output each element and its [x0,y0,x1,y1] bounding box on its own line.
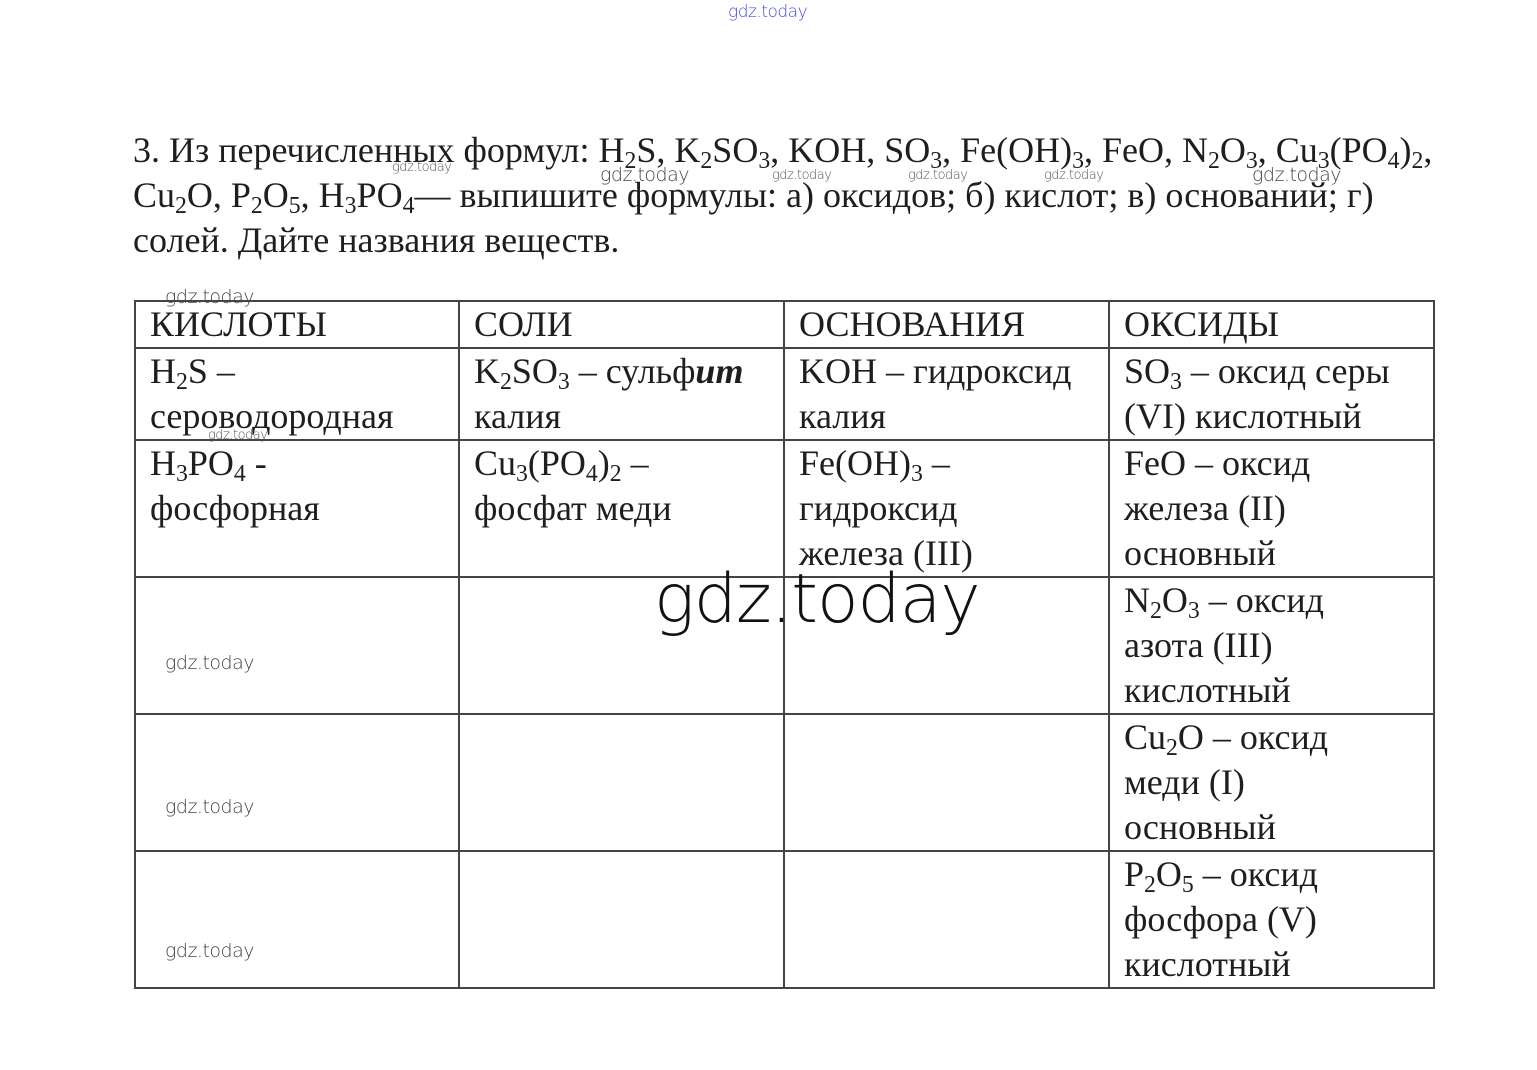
table-row: P2O5 – оксидфосфора (V)кислотный [135,851,1434,988]
cell-acid-empty [135,714,459,851]
cell-oxide: N2O3 – оксидазота (III)кислотный [1109,577,1434,714]
cell-base-empty [784,714,1109,851]
task-prefix: Из перечисленных формул: [169,130,590,170]
cell-acid: H2S –сероводородная [135,348,459,440]
cell-base-empty [784,851,1109,988]
watermark: gdz.today [392,160,451,175]
cell-acid-empty [135,577,459,714]
cell-base: KOH – гидроксидкалия [784,348,1109,440]
cell-oxide: FeO – оксиджелеза (II)основный [1109,440,1434,577]
table-row: Cu2O – оксидмеди (I)основный [135,714,1434,851]
watermark: gdz.today [1252,164,1341,186]
classification-table: КИСЛОТЫ СОЛИ ОСНОВАНИЯ ОКСИДЫ H2S –серов… [134,300,1435,989]
watermark: gdz.today [908,168,967,183]
task-number: 3. [133,130,160,170]
watermark: gdz.today [1044,168,1103,183]
watermark: gdz.today [165,652,254,674]
watermark: gdz.today [600,164,689,186]
cell-acid-empty [135,851,459,988]
watermark: gdz.today [772,168,831,183]
header-bases: ОСНОВАНИЯ [784,301,1109,348]
header-salts: СОЛИ [459,301,784,348]
table-row: H2S –сероводородная K2SO3 – сульфиткалия… [135,348,1434,440]
cell-oxide: P2O5 – оксидфосфора (V)кислотный [1109,851,1434,988]
header-oxides: ОКСИДЫ [1109,301,1434,348]
cell-acid: H3PO4 -фосфорная [135,440,459,577]
cell-base: Fe(OH)3 –гидроксиджелеза (III) [784,440,1109,577]
cell-oxide: Cu2O – оксидмеди (I)основный [1109,714,1434,851]
watermark-top: gdz.today [728,2,807,22]
table-header-row: КИСЛОТЫ СОЛИ ОСНОВАНИЯ ОКСИДЫ [135,301,1434,348]
cell-salt: Cu3(PO4)2 –фосфат меди [459,440,784,577]
watermark: gdz.today [208,428,267,443]
cell-salt-empty [459,851,784,988]
cell-salt-empty [459,714,784,851]
table-row: H3PO4 -фосфорная Cu3(PO4)2 –фосфат меди … [135,440,1434,577]
watermark-large: gdz.today [654,560,980,639]
task-statement: 3. Из перечисленных формул: H2S, K2SO3, … [133,128,1443,263]
watermark: gdz.today [165,940,254,962]
header-acids: КИСЛОТЫ [135,301,459,348]
watermark: gdz.today [165,796,254,818]
cell-oxide: SO3 – оксид серы(VI) кислотный [1109,348,1434,440]
cell-salt: K2SO3 – сульфиткалия [459,348,784,440]
watermark: gdz.today [165,286,254,308]
